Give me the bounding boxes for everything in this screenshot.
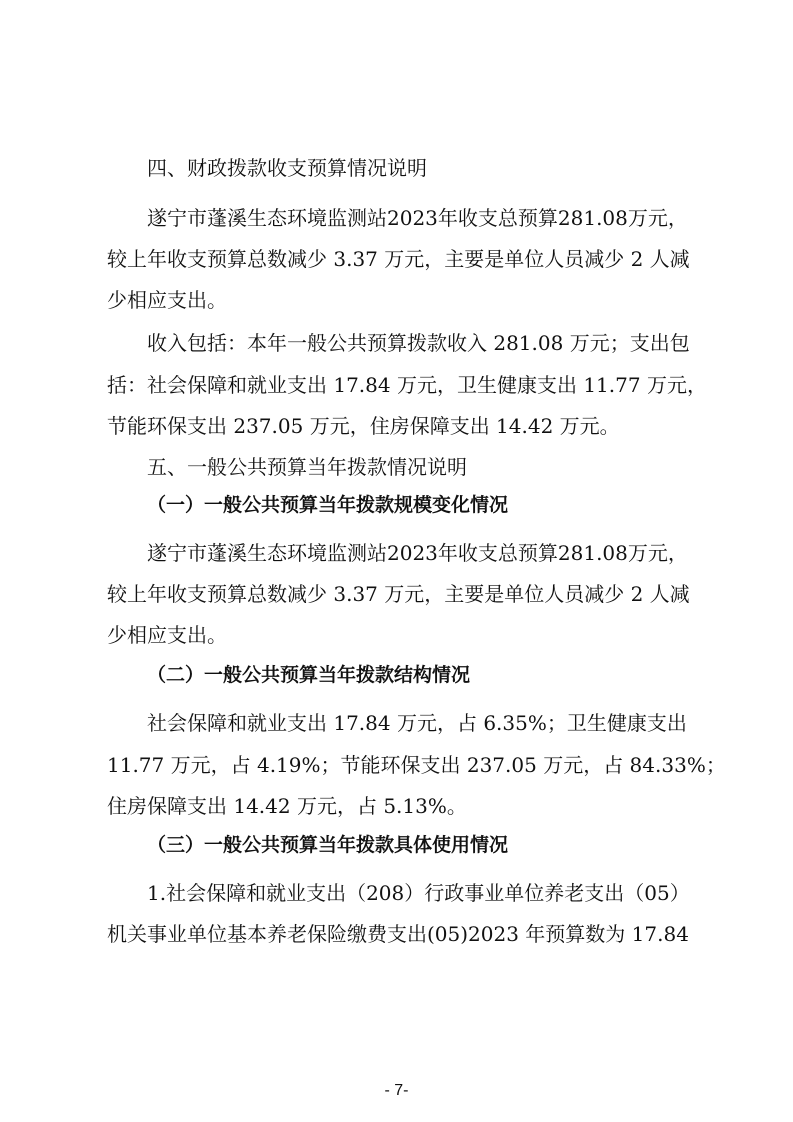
section-heading: 五、一般公共预算当年拨款情况说明 bbox=[147, 451, 467, 480]
paragraph-line: 11.77 万元，占 4.19%；节能环保支出 237.05 万元，占 84.3… bbox=[107, 749, 726, 778]
paragraph-line: 括：社会保障和就业支出 17.84 万元，卫生健康支出 11.77 万元， bbox=[107, 369, 707, 398]
section-heading: 四、财政拨款收支预算情况说明 bbox=[147, 152, 427, 181]
paragraph-line: 遂宁市蓬溪生态环境监测站2023年收支总预算281.08万元， bbox=[147, 537, 688, 566]
paragraph-line: 社会保障和就业支出 17.84 万元，占 6.35%；卫生健康支出 bbox=[147, 707, 687, 736]
paragraph-line: 节能环保支出 237.05 万元，住房保障支出 14.42 万元。 bbox=[107, 410, 620, 439]
section-heading: （一）一般公共预算当年拨款规模变化情况 bbox=[147, 490, 508, 517]
paragraph-line: 收入包括：本年一般公共预算拨款收入 281.08 万元；支出包 bbox=[147, 327, 690, 356]
paragraph-line: 住房保障支出 14.42 万元，占 5.13%。 bbox=[107, 790, 467, 819]
section-heading: （二）一般公共预算当年拨款结构情况 bbox=[147, 660, 470, 687]
paragraph-line: 1.社会保障和就业支出（208）行政事业单位养老支出（05） bbox=[147, 877, 690, 906]
paragraph-line: 少相应支出。 bbox=[107, 284, 227, 313]
paragraph-line: 较上年收支预算总数减少 3.37 万元，主要是单位人员减少 2 人减 bbox=[107, 243, 690, 272]
paragraph-line: 机关事业单位基本养老保险缴费支出(05)2023 年预算数为 17.84 bbox=[107, 918, 689, 947]
paragraph-line: 较上年收支预算总数减少 3.37 万元，主要是单位人员减少 2 人减 bbox=[107, 578, 690, 607]
paragraph-line: 遂宁市蓬溪生态环境监测站2023年收支总预算281.08万元， bbox=[147, 202, 688, 231]
paragraph-line: 少相应支出。 bbox=[107, 619, 227, 648]
page-number: - 7- bbox=[0, 1082, 793, 1100]
section-heading: （三）一般公共预算当年拨款具体使用情况 bbox=[147, 830, 508, 857]
